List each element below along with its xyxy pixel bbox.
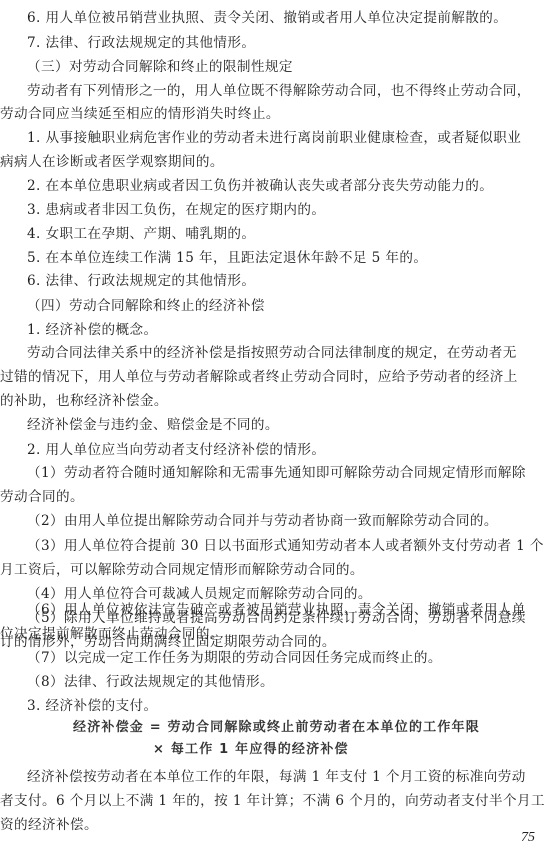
text-line: 资的经济补偿。 (0, 815, 98, 835)
text-line: 病病人在诊断或者医学观察期间的。 (0, 152, 224, 172)
text-line: 经济补偿金与违约金、赔偿金是不同的。 (27, 415, 279, 435)
text-line: 1. 经济补偿的概念。 (27, 320, 157, 340)
text-line: 7. 法律、行政法规规定的其他情形。 (27, 33, 255, 53)
text-line: （四）劳动合同解除和终止的经济补偿 (27, 296, 265, 316)
page-number: 75 (521, 830, 535, 846)
text-line: 3. 患病或者非因工负伤，在规定的医疗期内的。 (27, 200, 325, 220)
text-line: 劳动合同应当续延至相应的情形消失时终止。 (0, 104, 280, 124)
text-line: （8）法律、行政法规规定的其他情形。 (27, 672, 274, 692)
text-line: 位决定提前解散而终止劳动合同的。 (0, 624, 224, 644)
text-line: 5. 在本单位连续工作满 15 年，且距法定退休年龄不足 5 年的。 (27, 248, 427, 268)
text-line: （7）以完成一定工作任务为期限的劳动合同因任务完成而终止的。 (27, 648, 442, 668)
text-line: 过错的情况下，用人单位与劳动者解除或者终止劳动合同时，应给予劳动者的经济上 (0, 367, 518, 387)
text-line: （1）劳动者符合随时通知解除和无需事先通知即可解除劳动合同规定情形而解除 (27, 463, 526, 483)
text-line: 经济补偿按劳动者在本单位工作的年限，每满 1 年支付 1 个月工资的标准向劳动 (27, 767, 526, 787)
document-page: 6. 用人单位被吊销营业执照、责令关闭、撤销或者用人单位决定提前解散的。7. 法… (0, 0, 553, 858)
text-line: （6）用人单位被依法宣告破产或者被吊销营业执照、责令关闭、撤销或者用人单 (27, 600, 526, 620)
text-line: （2）由用人单位提出解除劳动合同并与劳动者协商一致而解除劳动合同的。 (27, 511, 498, 531)
text-line: （3）用人单位符合提前 30 日以书面形式通知劳动者本人或者额外支付劳动者 1 … (27, 536, 544, 556)
formula-line-1: 经济补偿金 = 劳动合同解除或终止前劳动者在本单位的工作年限 (73, 716, 480, 735)
text-line: 月工资后，可以解除劳动合同规定情形而解除劳动合同的。 (0, 560, 364, 580)
text-line: 2. 在本单位患职业病或者因工负伤并被确认丧失或者部分丧失劳动能力的。 (27, 176, 493, 196)
text-line: 3. 经济补偿的支付。 (27, 696, 157, 716)
text-line: 劳动者有下列情形之一的，用人单位既不得解除劳动合同，也不得终止劳动合同， (27, 81, 531, 101)
text-line: 6. 用人单位被吊销营业执照、责令关闭、撤销或者用人单位决定提前解散的。 (27, 8, 507, 28)
text-line: 劳动合同的。 (0, 487, 84, 507)
text-line: 2. 用人单位应当向劳动者支付经济补偿的情形。 (27, 440, 325, 460)
text-line: 劳动合同法律关系中的经济补偿是指按照劳动合同法律制度的规定，在劳动者无 (27, 343, 517, 363)
text-line: 6. 法律、行政法规规定的其他情形。 (27, 271, 255, 291)
text-line: （三）对劳动合同解除和终止的限制性规定 (27, 57, 293, 77)
text-line: 者支付。6 个月以上不满 1 年的，按 1 年计算；不满 6 个月的，向劳动者支… (0, 791, 545, 811)
formula-line-2: × 每工作 1 年应得的经济补偿 (153, 738, 349, 757)
text-line: 4. 女职工在孕期、产期、哺乳期的。 (27, 224, 255, 244)
text-line: 1. 从事接触职业病危害作业的劳动者未进行离岗前职业健康检查，或者疑似职业 (27, 128, 521, 148)
text-line: 的补助，也称经济补偿金。 (0, 391, 168, 411)
